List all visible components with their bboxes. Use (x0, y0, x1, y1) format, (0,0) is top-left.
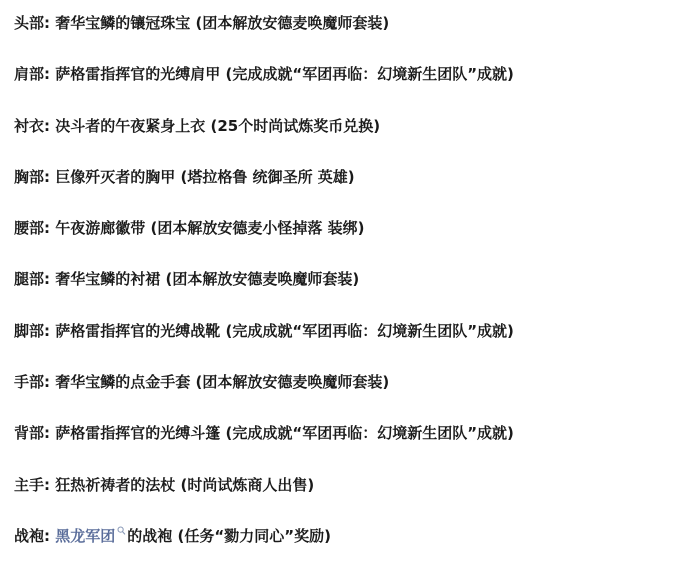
slot-label: 腿部: (14, 270, 50, 288)
item-line-main-hand: 主手: 狂热祈祷者的法杖 (时尚试炼商人出售) (14, 474, 514, 525)
slot-label: 衬衣: (14, 117, 50, 135)
item-name: 奢华宝鳞的点金手套 (55, 373, 190, 391)
search-icon[interactable] (117, 526, 126, 538)
item-source: (团本解放安德麦唤魔师套装) (165, 270, 359, 288)
item-source: (任务“勠力同心”奖励) (178, 527, 331, 545)
item-line-tabard: 战袍: 黑龙军团的战袍 (任务“勠力同心”奖励) (14, 525, 514, 571)
slot-label: 战袍: (14, 527, 50, 545)
item-line-head: 头部: 奢华宝鳞的镶冠珠宝 (团本解放安德麦唤魔师套装) (14, 12, 514, 63)
item-line-back: 背部: 萨格雷指挥官的光缚斗篷 (完成成就“军团再临：幻境新生团队”成就) (14, 422, 514, 473)
slot-label: 脚部: (14, 322, 50, 340)
item-source: (完成成就“军团再临：幻境新生团队”成就) (225, 424, 513, 442)
item-source: (完成成就“军团再临：幻境新生团队”成就) (225, 65, 513, 83)
item-name: 巨像歼灭者的胸甲 (55, 168, 175, 186)
item-source: (团本解放安德麦小怪掉落 装绑) (150, 219, 364, 237)
item-name: 狂热祈祷者的法杖 (55, 476, 175, 494)
item-source: (塔拉格鲁 统御圣所 英雄) (180, 168, 354, 186)
transmog-item-list: 头部: 奢华宝鳞的镶冠珠宝 (团本解放安德麦唤魔师套装) 肩部: 萨格雷指挥官的… (14, 12, 514, 571)
item-line-waist: 腰部: 午夜游廊徽带 (团本解放安德麦小怪掉落 装绑) (14, 217, 514, 268)
item-line-feet: 脚部: 萨格雷指挥官的光缚战靴 (完成成就“军团再临：幻境新生团队”成就) (14, 320, 514, 371)
item-line-shoulder: 肩部: 萨格雷指挥官的光缚肩甲 (完成成就“军团再临：幻境新生团队”成就) (14, 63, 514, 114)
slot-label: 头部: (14, 14, 50, 32)
item-source: (团本解放安德麦唤魔师套装) (195, 14, 389, 32)
black-dragonflight-link[interactable]: 黑龙军团 (55, 527, 115, 545)
item-name: 决斗者的午夜紧身上衣 (55, 117, 205, 135)
item-name: 奢华宝鳞的衬裙 (55, 270, 160, 288)
item-name: 奢华宝鳞的镶冠珠宝 (55, 14, 190, 32)
slot-label: 胸部: (14, 168, 50, 186)
item-source: (25个时尚试炼奖币兑换) (210, 117, 380, 135)
item-name-suffix: 的战袍 (127, 527, 172, 545)
slot-label: 腰部: (14, 219, 50, 237)
slot-label: 主手: (14, 476, 50, 494)
item-source: (完成成就“军团再临：幻境新生团队”成就) (225, 322, 513, 340)
item-name: 萨格雷指挥官的光缚战靴 (55, 322, 220, 340)
item-source: (时尚试炼商人出售) (180, 476, 314, 494)
item-name: 午夜游廊徽带 (55, 219, 145, 237)
item-name: 萨格雷指挥官的光缚斗篷 (55, 424, 220, 442)
item-name: 萨格雷指挥官的光缚肩甲 (55, 65, 220, 83)
slot-label: 背部: (14, 424, 50, 442)
slot-label: 肩部: (14, 65, 50, 83)
item-line-shirt: 衬衣: 决斗者的午夜紧身上衣 (25个时尚试炼奖币兑换) (14, 115, 514, 166)
item-source: (团本解放安德麦唤魔师套装) (195, 373, 389, 391)
item-line-chest: 胸部: 巨像歼灭者的胸甲 (塔拉格鲁 统御圣所 英雄) (14, 166, 514, 217)
item-line-legs: 腿部: 奢华宝鳞的衬裙 (团本解放安德麦唤魔师套装) (14, 268, 514, 319)
slot-label: 手部: (14, 373, 50, 391)
item-line-hands: 手部: 奢华宝鳞的点金手套 (团本解放安德麦唤魔师套装) (14, 371, 514, 422)
